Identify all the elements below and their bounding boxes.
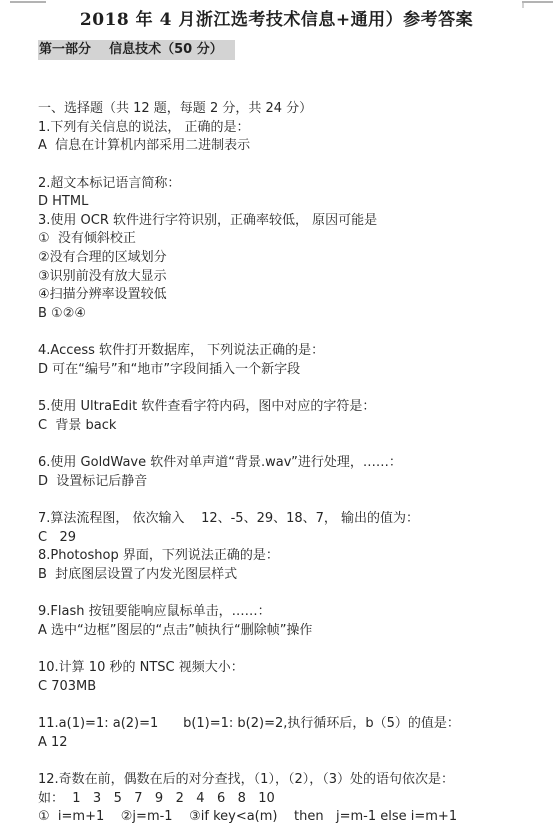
text-line: D 可在“编号”和“地市”字段间插入一个新字段: [38, 361, 553, 380]
text-line: ④扫描分辨率设置较低: [38, 286, 553, 305]
text-line: [38, 324, 553, 343]
text-line: C 703MB: [38, 678, 553, 697]
text-line: D 设置标记后静音: [38, 473, 553, 492]
text-line: 如： 1 3 5 7 9 2 4 6 8 10: [38, 790, 553, 809]
text-line: ②没有合理的区域划分: [38, 249, 553, 268]
page-edge-mark-left: [10, 1, 46, 3]
text-line: 11.a(1)=1: a(2)=1 b(1)=1: b(2)=2,执行循环后，b…: [38, 715, 553, 734]
text-line: [38, 585, 553, 604]
text-line: [38, 436, 553, 455]
text-line: [38, 380, 553, 399]
text-line: 5.使用 UltraEdit 软件查看字符内码，图中对应的字符是：: [38, 398, 553, 417]
text-line: [38, 641, 553, 660]
text-line: [38, 752, 553, 771]
text-line: 8.Photoshop 界面，下列说法正确的是：: [38, 547, 553, 566]
section-header-row: 第一部分 信息技术（50 分）: [38, 38, 553, 60]
text-line: 12.奇数在前，偶数在后的对分查找，（1），（2），（3）处的语句依次是：: [38, 771, 553, 790]
text-line: ③识别前没有放大显示: [38, 268, 553, 287]
section-header: 第一部分 信息技术（50 分）: [38, 40, 235, 60]
text-line: 10.计算 10 秒的 NTSC 视频大小：: [38, 659, 553, 678]
text-line: 2.超文本标记语言简称：: [38, 175, 553, 194]
text-line: 4.Access 软件打开数据库， 下列说法正确的是：: [38, 342, 553, 361]
text-line: 3.使用 OCR 软件进行字符识别，正确率较低， 原因可能是: [38, 212, 553, 231]
text-line: A 选中“边框”图层的“点击”帧执行“删除帧”操作: [38, 622, 553, 641]
document-body: 一、选择题（共 12 题，每题 2 分，共 24 分）1.下列有关信息的说法， …: [38, 100, 553, 827]
text-line: 9.Flash 按钮要能响应鼠标单击，……：: [38, 603, 553, 622]
text-line: [38, 491, 553, 510]
document-page: 2018 年 4 月浙江选考技术信息+通用）参考答案 第一部分 信息技术（50 …: [0, 0, 553, 835]
text-line: [38, 697, 553, 716]
text-line: 7.算法流程图， 依次输入 12、-5、29、18、7， 输出的值为：: [38, 510, 553, 529]
text-line: ① 没有倾斜校正: [38, 230, 553, 249]
text-line: A 12: [38, 734, 553, 753]
text-line: A 信息在计算机内部采用二进制表示: [38, 137, 553, 156]
text-line: 一、选择题（共 12 题，每题 2 分，共 24 分）: [38, 100, 553, 119]
text-line: 1.下列有关信息的说法， 正确的是：: [38, 119, 553, 138]
text-line: [38, 156, 553, 175]
text-line: C 29: [38, 529, 553, 548]
text-line: ① i=m+1 ②j=m-1 ③if key<a(m) then j=m-1 e…: [38, 808, 553, 827]
text-line: B ①②④: [38, 305, 553, 324]
text-line: B 封底图层设置了内发光图层样式: [38, 566, 553, 585]
page-edge-mark-right: [522, 1, 553, 3]
document-title: 2018 年 4 月浙江选考技术信息+通用）参考答案: [0, 9, 553, 31]
text-line: D HTML: [38, 193, 553, 212]
text-line: 6.使用 GoldWave 软件对单声道“背景.wav”进行处理，……：: [38, 454, 553, 473]
text-line: C 背景 back: [38, 417, 553, 436]
